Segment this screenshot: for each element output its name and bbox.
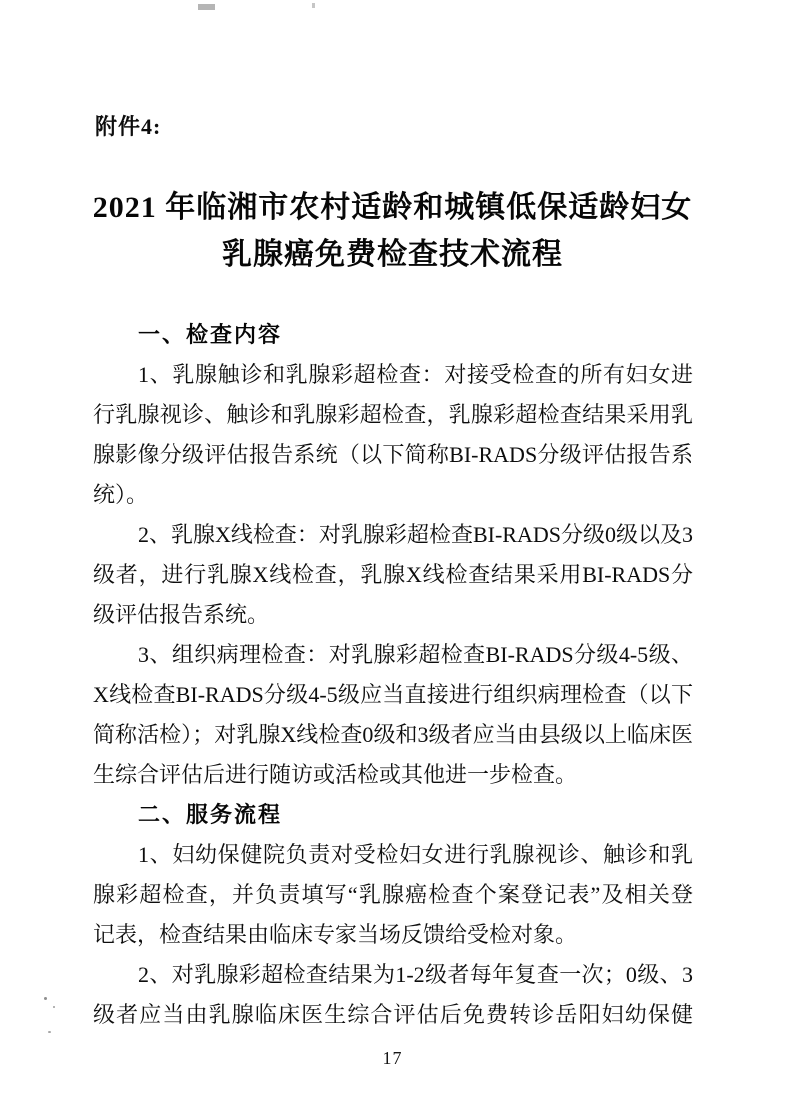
body-line: 1、妇幼保健院负责对受检妇女进行乳腺视诊、触诊和乳 <box>93 835 693 875</box>
body-line: 2、对乳腺彩超检查结果为1-2级者每年复查一次；0级、3 <box>93 955 693 995</box>
title-line-2: 乳腺癌免费检查技术流程 <box>0 231 785 278</box>
scan-artifact <box>44 997 47 1000</box>
scan-artifact <box>312 3 315 8</box>
scan-artifact <box>48 1031 51 1033</box>
document-body: 一、检查内容 1、乳腺触诊和乳腺彩超检查：对接受检查的所有妇女进 行乳腺视诊、触… <box>93 315 693 1035</box>
body-line: 简称活检）；对乳腺X线检查0级和3级者应当由县级以上临床医 <box>93 715 693 755</box>
title-line-1: 2021 年临湘市农村适龄和城镇低保适龄妇女 <box>0 184 785 231</box>
body-line: 1、乳腺触诊和乳腺彩超检查：对接受检查的所有妇女进 <box>93 355 693 395</box>
document-title: 2021 年临湘市农村适龄和城镇低保适龄妇女 乳腺癌免费检查技术流程 <box>0 184 785 278</box>
body-line: 记表，检查结果由临床专家当场反馈给受检对象。 <box>93 915 693 955</box>
section-heading-service-process: 二、服务流程 <box>93 795 693 835</box>
body-line: 级评估报告系统。 <box>93 595 693 635</box>
body-line: 级者应当由乳腺临床医生综合评估后免费转诊岳阳妇幼保健 <box>93 995 693 1035</box>
body-line: 3、组织病理检查：对乳腺彩超检查BI-RADS分级4-5级、 <box>93 635 693 675</box>
body-line: 生综合评估后进行随访或活检或其他进一步检查。 <box>93 755 693 795</box>
body-line: X线检查BI-RADS分级4-5级应当直接进行组织病理检查（以下 <box>93 675 693 715</box>
scan-artifact <box>53 1006 55 1008</box>
body-line: 行乳腺视诊、触诊和乳腺彩超检查，乳腺彩超检查结果采用乳 <box>93 395 693 435</box>
body-line: 统）。 <box>93 475 693 515</box>
page-number: 17 <box>0 1048 785 1069</box>
section-heading-inspection-content: 一、检查内容 <box>93 315 693 355</box>
attachment-label: 附件4: <box>95 110 161 141</box>
scan-artifact <box>198 4 215 10</box>
document-page: 附件4: 2021 年临湘市农村适龄和城镇低保适龄妇女 乳腺癌免费检查技术流程 … <box>0 0 785 1116</box>
body-line: 腺彩超检查，并负责填写“乳腺癌检查个案登记表”及相关登 <box>93 875 693 915</box>
body-line: 腺影像分级评估报告系统（以下简称BI-RADS分级评估报告系 <box>93 435 693 475</box>
body-line: 2、乳腺X线检查：对乳腺彩超检查BI-RADS分级0级以及3 <box>93 515 693 555</box>
body-line: 级者，进行乳腺X线检查，乳腺X线检查结果采用BI-RADS分 <box>93 555 693 595</box>
